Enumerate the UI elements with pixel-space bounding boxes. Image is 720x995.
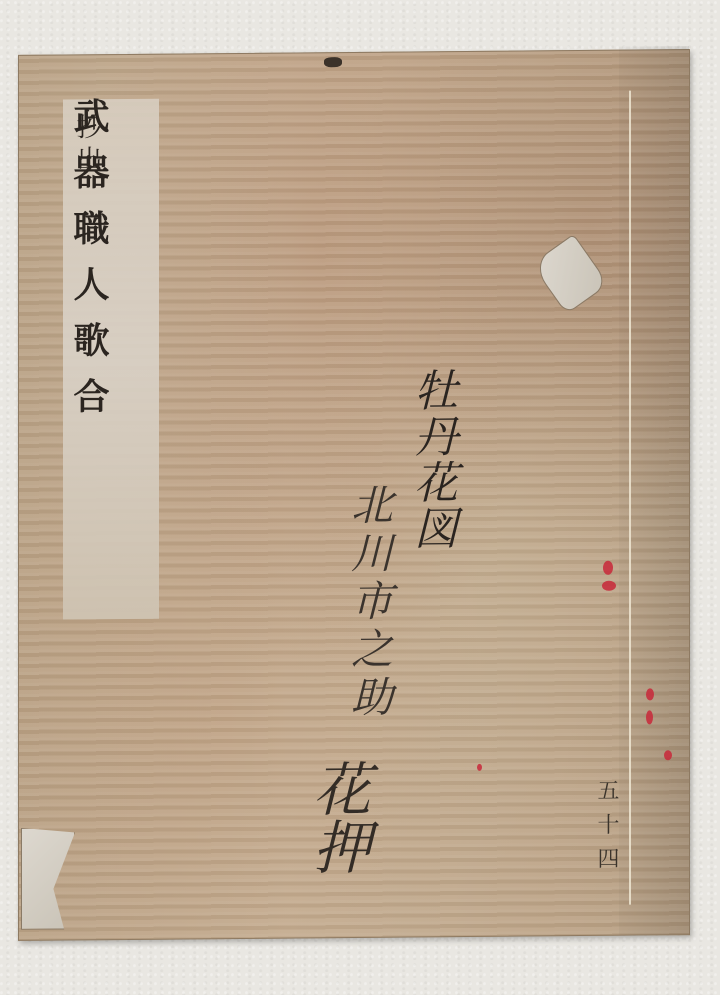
torn-paper-patch: [531, 234, 609, 315]
signature-mark: 花押: [295, 759, 379, 876]
red-ink-mark: [603, 561, 613, 575]
binding-thread: [629, 91, 631, 905]
ink-stain: [324, 57, 342, 67]
red-ink-mark: [477, 764, 482, 771]
inscription-line-1: 牡丹花図: [399, 367, 463, 552]
red-ink-mark: [602, 581, 616, 591]
inscription-line-2: 北川市之助: [339, 483, 399, 724]
red-ink-mark: [664, 750, 672, 760]
red-ink-mark: [646, 710, 653, 724]
red-ink-mark: [646, 688, 654, 700]
book-subtitle: 抄出: [69, 113, 106, 177]
torn-corner: [21, 827, 75, 929]
volume-number: 五十四: [591, 779, 622, 881]
book-cover: 武器職人歌合 抄出 牡丹花図 北川市之助 花押 五十四: [18, 49, 690, 941]
